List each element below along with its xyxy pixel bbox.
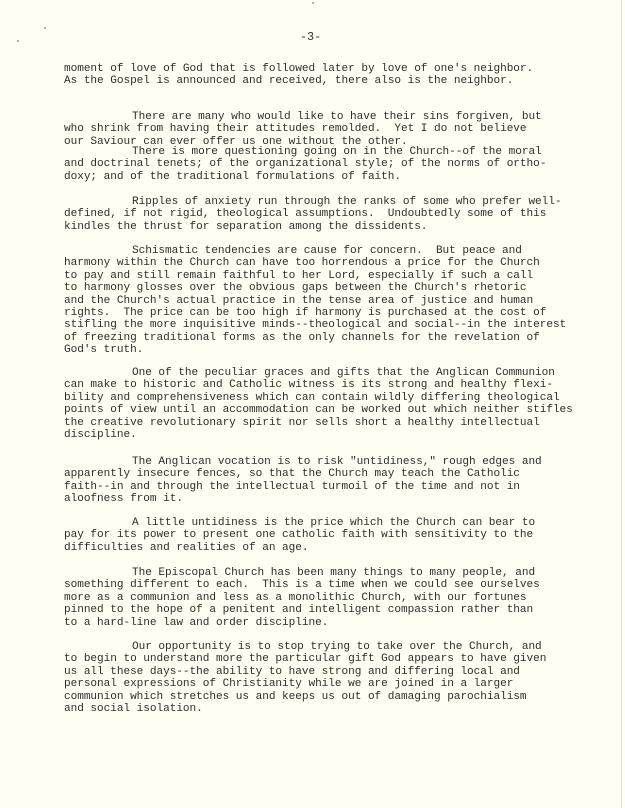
text-line: Schismatic tendencies are cause for conc…	[64, 245, 584, 257]
paragraph: The Anglican vocation is to risk "untidi…	[64, 456, 584, 506]
text-line: something different to each. This is a t…	[64, 579, 584, 591]
paragraph: A little untidiness is the price which t…	[64, 517, 584, 554]
paragraph: There are many who would like to have th…	[64, 111, 584, 148]
text-line: the creative revolutionary spirit nor se…	[64, 417, 584, 429]
text-line: personal expressions of Christianity whi…	[64, 678, 584, 690]
text-line: doxy; and of the traditional formulation…	[64, 171, 584, 183]
paragraph: One of the peculiar graces and gifts tha…	[64, 367, 584, 441]
document-page: -3- moment of love of God that is follow…	[0, 0, 625, 808]
text-line: Ripples of anxiety run through the ranks…	[64, 196, 584, 208]
text-line: to harmony glosses over the obvious gaps…	[64, 282, 584, 294]
paragraph: moment of love of God that is followed l…	[64, 63, 584, 88]
text-line: who shrink from having their attitudes r…	[64, 123, 584, 135]
text-line: kindles the thrust for separation among …	[64, 221, 584, 233]
text-line: There are many who would like to have th…	[64, 111, 584, 123]
text-line: pay for its power to present one catholi…	[64, 529, 584, 541]
text-line: The Episcopal Church has been many thing…	[64, 567, 584, 579]
text-line: defined, if not rigid, theological assum…	[64, 208, 584, 220]
paragraph: Schismatic tendencies are cause for conc…	[64, 245, 584, 357]
text-line: God's truth.	[64, 344, 584, 356]
text-line: Our opportunity is to stop trying to tak…	[64, 641, 584, 653]
text-line: can make to historic and Catholic witnes…	[64, 379, 584, 391]
text-line: pinned to the hope of a penitent and int…	[64, 604, 584, 616]
page-edge-shadow	[621, 0, 622, 808]
text-line: faith--in and through the intellectual t…	[64, 481, 584, 493]
paper-speck	[312, 2, 314, 4]
text-line: to a hard-line law and order discipline.	[64, 617, 584, 629]
text-line: difficulties and realities of an age.	[64, 542, 584, 554]
text-line: As the Gospel is announced and received,…	[64, 75, 584, 87]
text-line: A little untidiness is the price which t…	[64, 517, 584, 529]
text-line: and doctrinal tenets; of the organizatio…	[64, 158, 584, 170]
text-line: points of view until an accommodation ca…	[64, 404, 584, 416]
text-line: harmony within the Church can have too h…	[64, 257, 584, 269]
text-line: rights. The price can be too high if har…	[64, 307, 584, 319]
text-line: stifling the more inquisitive minds--the…	[64, 319, 584, 331]
paper-speck	[44, 27, 46, 29]
text-line: to begin to understand more the particul…	[64, 653, 584, 665]
text-line: There is more questioning going on in th…	[64, 146, 584, 158]
text-line: One of the peculiar graces and gifts tha…	[64, 367, 584, 379]
paragraph: The Episcopal Church has been many thing…	[64, 567, 584, 629]
text-line: bility and comprehensiveness which can c…	[64, 392, 584, 404]
page-number: -3-	[300, 31, 321, 44]
text-line: and social isolation.	[64, 703, 584, 715]
text-line: more as a communion and less as a monoli…	[64, 592, 584, 604]
text-line: apparently insecure fences, so that the …	[64, 468, 584, 480]
text-line: of freezing traditional forms as the onl…	[64, 332, 584, 344]
text-line: us all these days--the ability to have s…	[64, 666, 584, 678]
paragraph: Our opportunity is to stop trying to tak…	[64, 641, 584, 715]
text-line: and the Church's actual practice in the …	[64, 295, 584, 307]
paragraph: There is more questioning going on in th…	[64, 146, 584, 183]
text-line: The Anglican vocation is to risk "untidi…	[64, 456, 584, 468]
text-line: aloofness from it.	[64, 493, 584, 505]
text-line: discipline.	[64, 429, 584, 441]
text-line: communion which stretches us and keeps u…	[64, 691, 584, 703]
text-line: moment of love of God that is followed l…	[64, 63, 584, 75]
paper-speck	[17, 40, 19, 42]
text-line: to pay and still remain faithful to her …	[64, 270, 584, 282]
paragraph: Ripples of anxiety run through the ranks…	[64, 196, 584, 233]
